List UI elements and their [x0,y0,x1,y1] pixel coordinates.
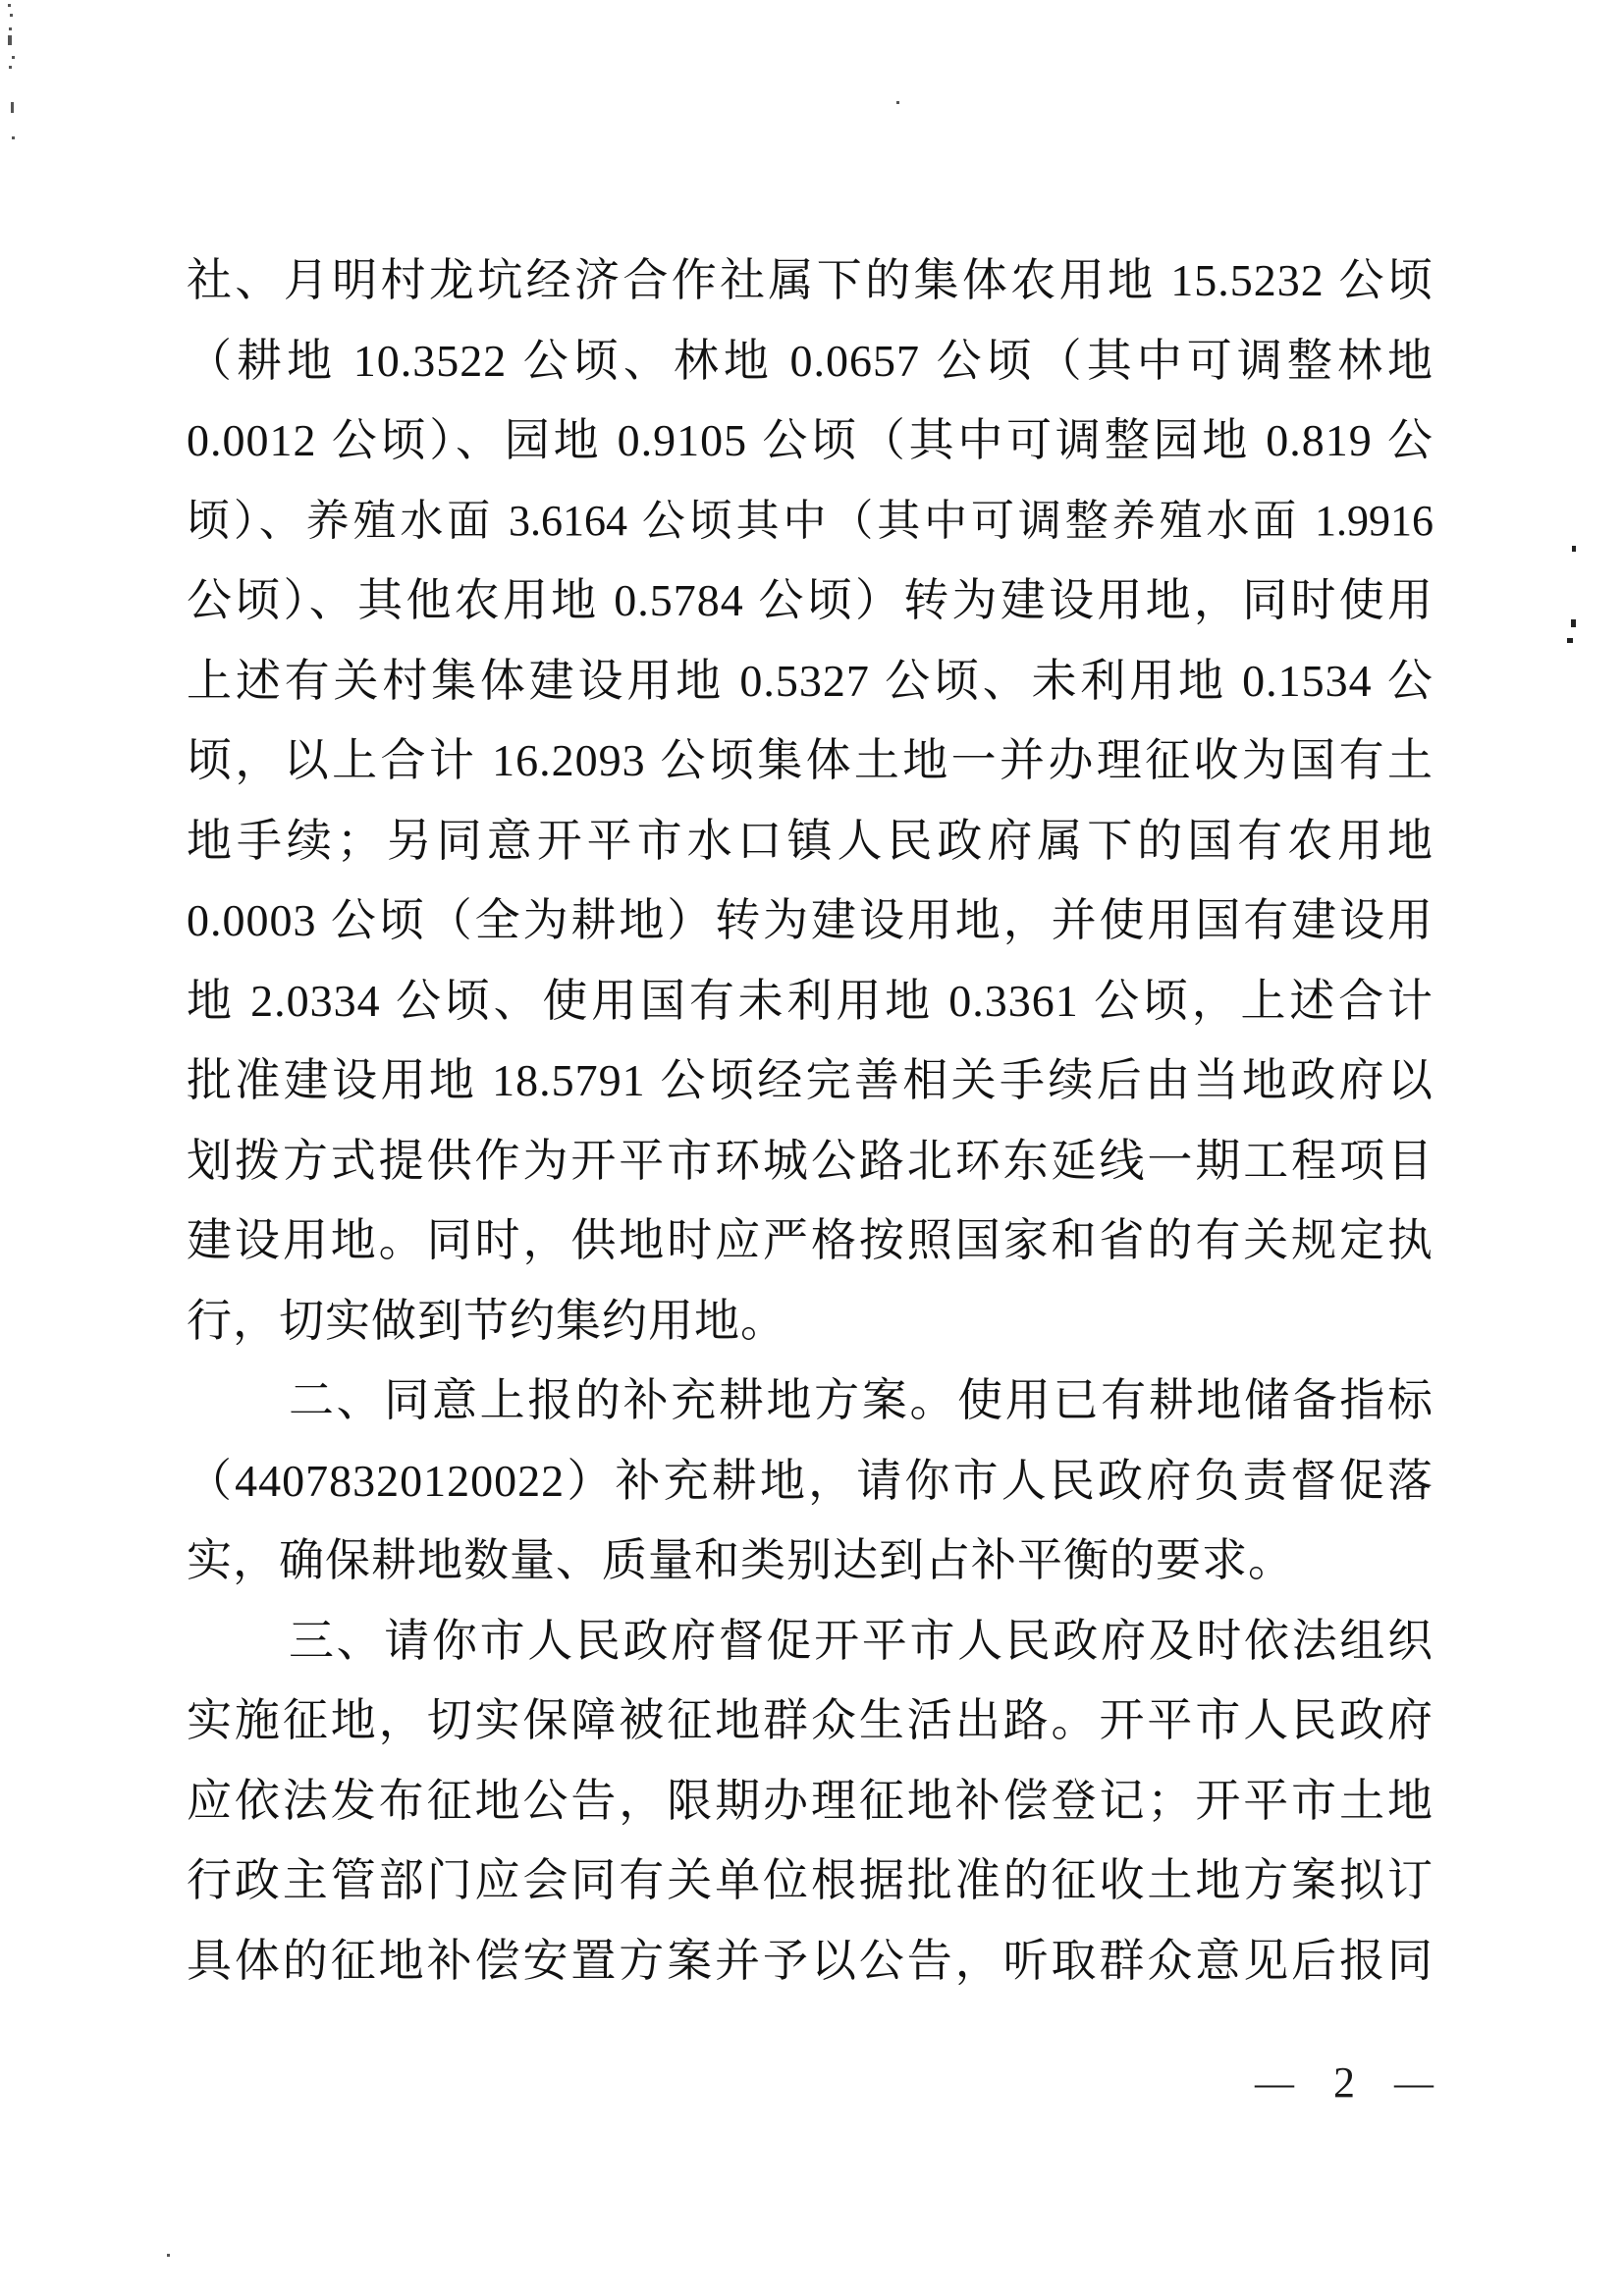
document-body: 社、月明村龙坑经济合作社属下的集体农用地 15.5232 公顷 （耕地 10.3… [187,240,1434,2001]
scan-artifact [8,35,12,45]
scan-artifact [1572,546,1576,552]
page-number-dash-right: — [1394,2059,1434,2106]
text-line: 公顷）、其他农用地 0.5784 公顷）转为建设用地，同时使用 [187,561,1434,641]
scan-artifact [167,2254,170,2257]
text-line: 三、请你市人民政府督促开平市人民政府及时依法组织 [187,1601,1434,1682]
text-line: 具体的征地补偿安置方案并予以公告，听取群众意见后报同 [187,1921,1434,2002]
text-line: 上述有关村集体建设用地 0.5327 公顷、未利用地 0.1534 公 [187,641,1434,721]
text-line: 地手续；另同意开平市水口镇人民政府属下的国有农用地 [187,801,1434,881]
text-line: 0.0003 公顷（全为耕地）转为建设用地，并使用国有建设用 [187,881,1434,961]
scan-artifact [9,66,12,69]
text-line: 实施征地，切实保障被征地群众生活出路。开平市人民政府 [187,1681,1434,1761]
text-line: 二、同意上报的补充耕地方案。使用已有耕地储备指标 [187,1361,1434,1441]
text-line: 应依法发布征地公告，限期办理征地补偿登记；开平市土地 [187,1761,1434,1842]
page-number-dash-left: — [1255,2059,1294,2106]
text-line: 行，切实做到节约集约用地。 [187,1281,1434,1362]
text-line: 批准建设用地 18.5791 公顷经完善相关手续后由当地政府以 [187,1041,1434,1121]
scan-artifact [896,101,899,104]
scan-artifact [1571,619,1576,627]
page-number-footer: — 2 — [1255,2057,1434,2108]
text-line: （44078320120022）补充耕地，请你市人民政府负责督促落 [187,1441,1434,1522]
text-line: 行政主管部门应会同有关单位根据批准的征收土地方案拟订 [187,1841,1434,1921]
text-line: 地 2.0334 公顷、使用国有未利用地 0.3361 公顷，上述合计 [187,961,1434,1041]
text-line: （耕地 10.3522 公顷、林地 0.0657 公顷（其中可调整林地 [187,321,1434,401]
text-line: 划拨方式提供作为开平市环城公路北环东延线一期工程项目 [187,1121,1434,1201]
scan-artifact [9,27,12,30]
scan-artifact [10,14,13,17]
text-line: 建设用地。同时，供地时应严格按照国家和省的有关规定执 [187,1201,1434,1281]
scan-artifact [12,136,15,139]
scan-artifact [11,102,14,113]
document-page: 社、月明村龙坑经济合作社属下的集体农用地 15.5232 公顷 （耕地 10.3… [0,0,1623,2296]
text-line: 0.0012 公顷）、园地 0.9105 公顷（其中可调整园地 0.819 公 [187,400,1434,481]
scan-artifact [1567,638,1573,643]
text-line: 顷）、养殖水面 3.6164 公顷其中（其中可调整养殖水面 1.9916 [187,481,1434,561]
text-line: 实，确保耕地数量、质量和类别达到占补平衡的要求。 [187,1521,1434,1601]
text-line: 社、月明村龙坑经济合作社属下的集体农用地 15.5232 公顷 [187,240,1434,321]
scan-artifact [12,56,15,59]
page-number: 2 [1333,2057,1355,2108]
scan-artifact [8,4,11,7]
text-line: 顷，以上合计 16.2093 公顷集体土地一并办理征收为国有土 [187,721,1434,801]
